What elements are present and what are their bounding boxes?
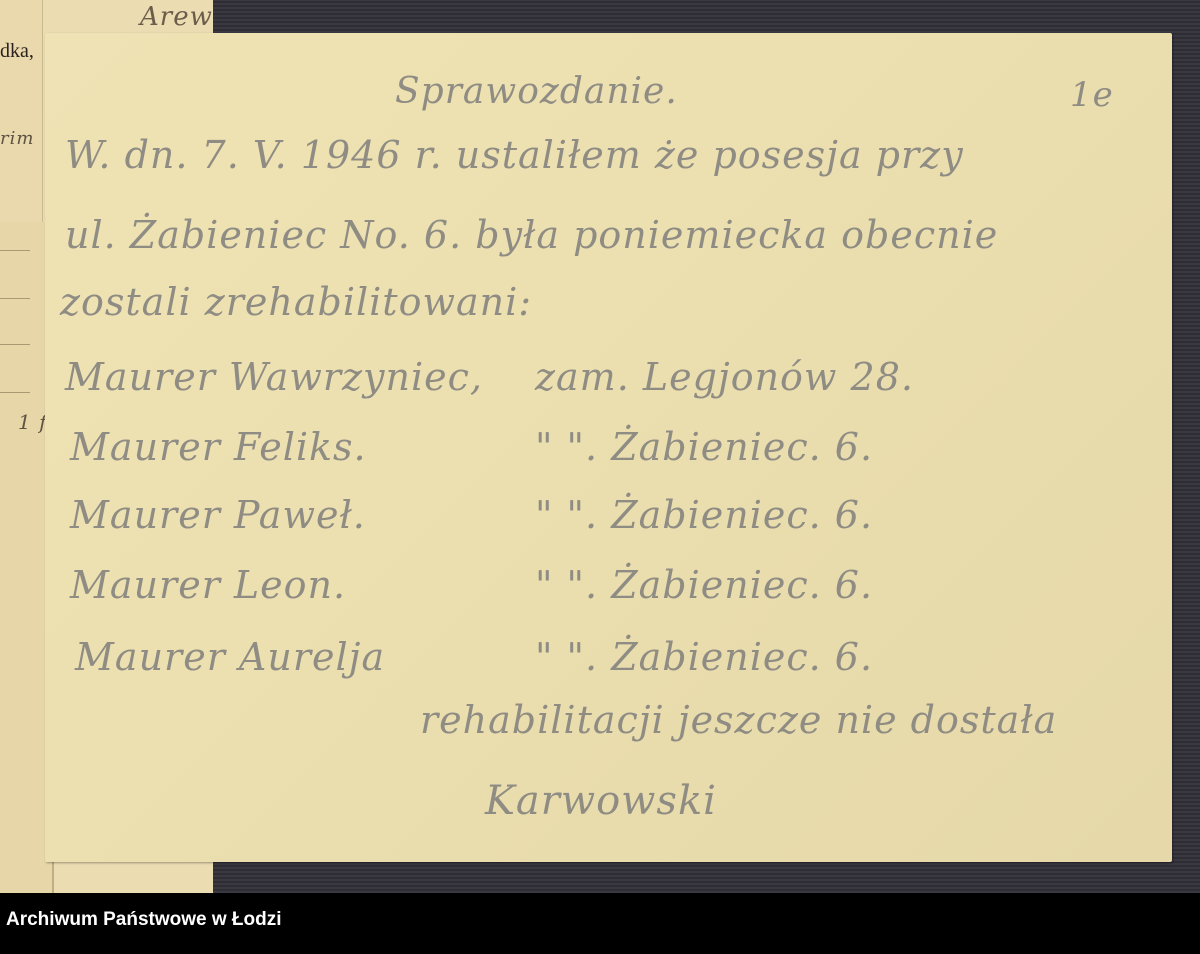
footer-bar: Archiwum Państwowe w Łodzi: [0, 893, 1200, 954]
entry-name: Maurer Paweł.: [70, 493, 366, 537]
report-line: W. dn. 7. V. 1946 r. ustaliłem że posesj…: [65, 133, 964, 177]
document-scan: dka, Arew rim 1 f Sprawozdanie. 1e W. dn…: [0, 0, 1200, 893]
report-line: ul. Żabieniec No. 6. była poniemiecka ob…: [65, 213, 998, 257]
ruled-line: [0, 392, 30, 393]
ruled-line: [0, 250, 30, 251]
printed-fragment: dka,: [0, 40, 34, 63]
entry-name: Maurer Wawrzyniec,: [65, 355, 483, 399]
report-note: rehabilitacji jeszcze nie dostała: [420, 698, 1057, 742]
report-line: zostali zrehabilitowani:: [60, 280, 532, 324]
archive-name: Archiwum Państwowe w Łodzi: [6, 909, 282, 931]
handwritten-fragment: rim: [0, 128, 34, 149]
entry-address: zam. Legjonów 28.: [535, 355, 914, 399]
signature: Karwowski: [485, 778, 717, 824]
handwritten-fragment: Arew: [140, 2, 213, 32]
report-card: Sprawozdanie. 1e W. dn. 7. V. 1946 r. us…: [45, 33, 1172, 862]
page-number: 1e: [1070, 75, 1114, 115]
entry-name: Maurer Aurelja: [75, 635, 385, 679]
entry-address: " ". Żabieniec. 6.: [535, 563, 873, 607]
entry-address: " ". Żabieniec. 6.: [535, 425, 873, 469]
entry-name: Maurer Feliks.: [70, 425, 367, 469]
entry-address: " ". Żabieniec. 6.: [535, 635, 873, 679]
entry-name: Maurer Leon.: [70, 563, 346, 607]
report-title: Sprawozdanie.: [395, 71, 678, 112]
margin-number: 1 f: [18, 410, 47, 434]
ruled-line: [0, 298, 30, 299]
entry-address: " ". Żabieniec. 6.: [535, 493, 873, 537]
ruled-line: [0, 344, 30, 345]
